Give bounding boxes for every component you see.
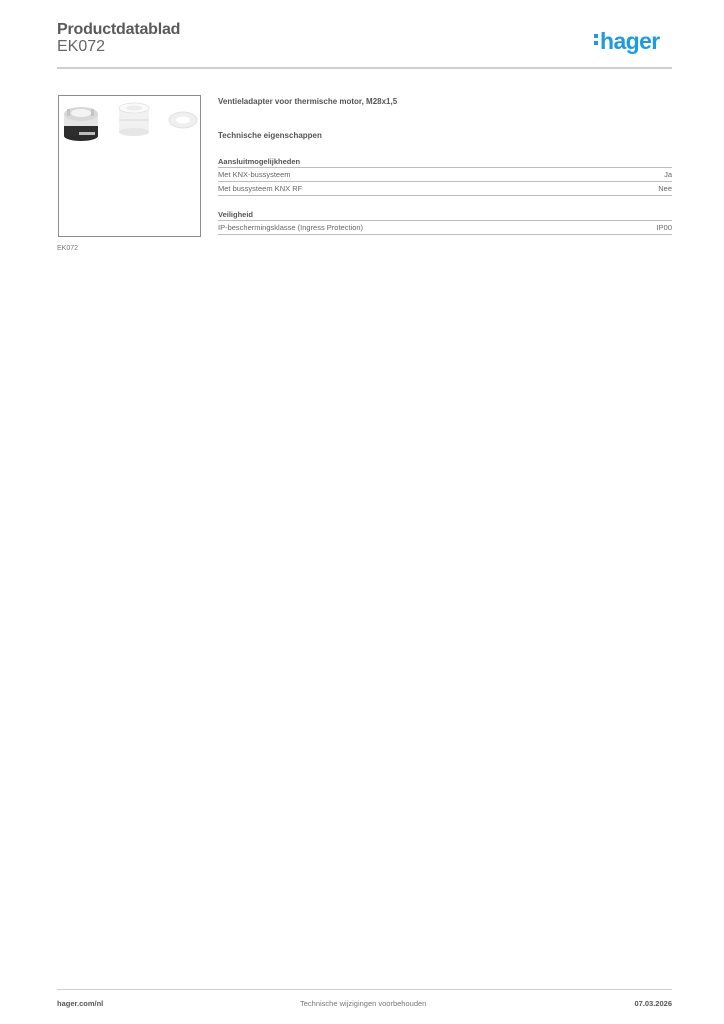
logo-text: hager <box>600 28 660 54</box>
hager-logo: hager <box>594 30 660 53</box>
spec-row: IP-beschermingsklasse (Ingress Protectio… <box>218 221 672 235</box>
logo-colon-icon <box>594 31 598 48</box>
spec-label: Met bussysteem KNX RF <box>218 182 302 195</box>
product-image <box>58 95 201 237</box>
spec-section-connectivity: Aansluitmogelijkheden Met KNX-bussysteem… <box>218 156 672 196</box>
spec-value: Nee <box>658 182 672 195</box>
product-name: Ventieladapter voor thermische motor, M2… <box>218 97 397 106</box>
footer-divider <box>57 989 672 990</box>
section-heading: Veiligheid <box>218 209 672 221</box>
specs-title: Technische eigenschappen <box>218 131 322 140</box>
product-code: EK072 <box>57 38 105 56</box>
header-divider <box>57 67 672 69</box>
footer-date: 07.03.2026 <box>634 999 672 1008</box>
section-heading: Aansluitmogelijkheden <box>218 156 672 168</box>
spec-value: Ja <box>664 168 672 181</box>
spec-value: IP00 <box>657 221 672 234</box>
spec-label: IP-beschermingsklasse (Ingress Protectio… <box>218 221 363 234</box>
footer-disclaimer: Technische wijzigingen voorbehouden <box>300 999 426 1008</box>
image-caption: EK072 <box>57 245 78 252</box>
spec-row: Met KNX-bussysteem Ja <box>218 168 672 182</box>
document-title: Productdatablad <box>57 21 180 39</box>
valve-adapter-parts-icon <box>59 96 200 236</box>
footer-website-link[interactable]: hager.com/nl <box>57 999 103 1008</box>
spec-label: Met KNX-bussysteem <box>218 168 291 181</box>
spec-row: Met bussysteem KNX RF Nee <box>218 182 672 196</box>
spec-section-safety: Veiligheid IP-beschermingsklasse (Ingres… <box>218 209 672 235</box>
